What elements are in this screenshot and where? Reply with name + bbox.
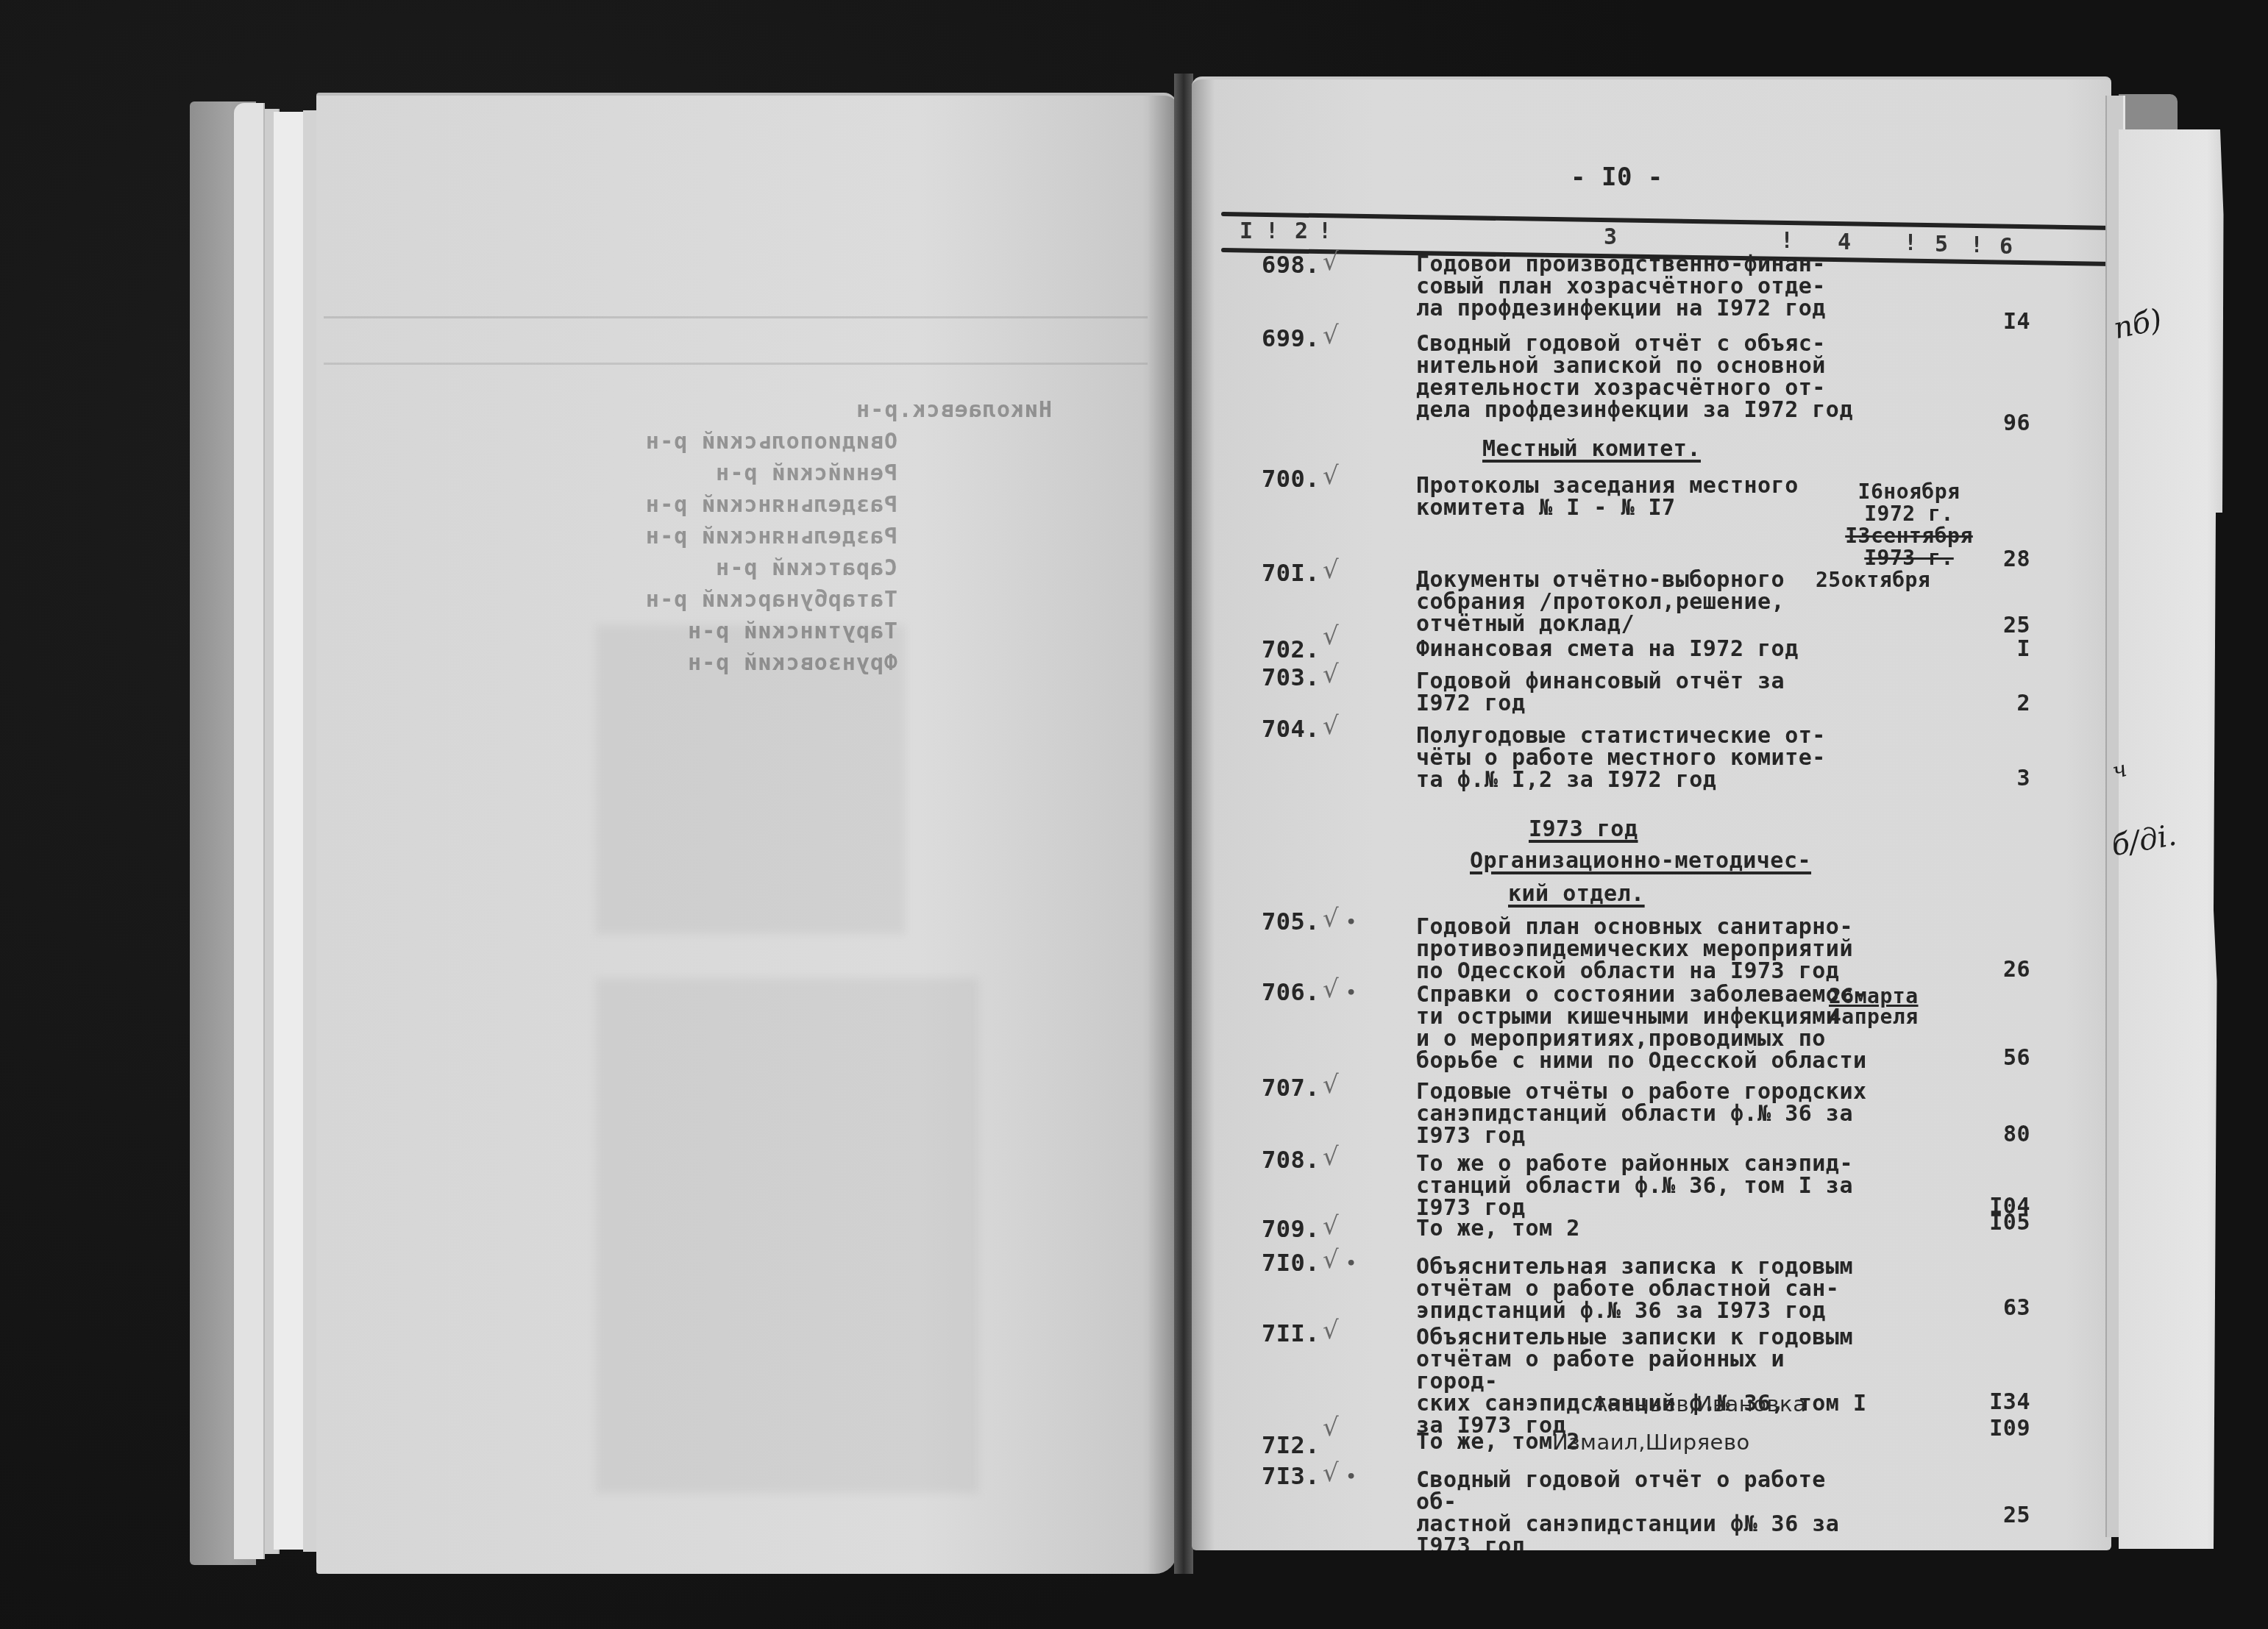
checkmark-icon: √ [1323,908,1339,930]
entry-sheet-count: 96 [1964,413,2030,435]
entry-number: 703. [1262,666,1320,688]
entry-date: 25октября [1816,569,1985,591]
bleed-item: Овидиопольский р-н [645,429,897,460]
column-separator: ! [1904,232,1918,254]
book-gutter [1174,74,1193,1574]
entry-title: Годовой производственно-финан- совый пла… [1416,254,1872,320]
entry-number: 7I2. [1262,1434,1320,1456]
handwritten-annotation: Ананьев,Ивановка [1593,1393,1806,1415]
bleed-through-smudge [596,978,978,1493]
checkmark-icon: √ [1323,978,1339,1000]
column-separator: ! [1970,235,1984,257]
entry-title: Годовой план основных санитарно- противо… [1416,916,1872,983]
entry-sheet-count: I05 [1964,1212,2030,1234]
checkmark-icon: √ [1323,663,1339,685]
entry-date-from: I6ноября I972 г. [1824,481,1994,525]
entry-number: 7II. [1262,1322,1320,1344]
entry-sheet-count: 63 [1964,1297,2030,1319]
column-header-1: I [1240,221,1254,243]
entry-number: 705. [1262,910,1320,933]
column-header-5: 5 [1935,234,1949,256]
entry-sheet-count: I4 [1964,311,2030,333]
entry-number: 700. [1262,468,1320,490]
column-header-4: 4 [1838,232,1852,254]
column-header-6: 6 [1999,236,2013,258]
entry-number: 707. [1262,1077,1320,1099]
column-separator: ! [1265,221,1279,243]
column-header-3: 3 [1604,227,1618,249]
bleed-item: Тарутинский р-н [645,619,897,650]
checkmark-icon: √ [1323,1146,1339,1168]
entry-number: 699. [1262,327,1320,349]
entry-number: 7I3. [1262,1465,1320,1487]
entry-sheet-count: 28 [1964,549,2030,571]
entry-sheet-count: 25 [1964,615,2030,637]
bleed-item: Фрунзовский р-н [645,650,897,682]
entry-sheet-count: I34 [1964,1391,2030,1414]
entry-sheet-count: 56 [1964,1047,2030,1069]
entry-title: То же, том 2 [1416,1218,1872,1240]
checkmark-icon: √ [1323,251,1339,273]
dot-mark: • [1346,912,1357,934]
entry-sheet-count: 26 [1964,959,2030,981]
column-separator: ! [1318,221,1332,243]
dot-mark: • [1346,1253,1357,1275]
entry-number: 702. [1262,638,1320,660]
entry-sheet-count: 25 [1964,1505,2030,1527]
section-heading-org-method: Организационно-методичес- [1470,850,1811,872]
section-heading-org-method-cont: кий отдел. [1508,883,1645,905]
checkmark-icon: √ [1323,1249,1339,1271]
entry-title: Годовые отчёты о работе городских санэпи… [1416,1081,1872,1147]
entry-title: Документы отчётно-выборного собрания /пр… [1416,569,1872,635]
checkmark-icon: √ [1323,1416,1339,1439]
entry-title: Полугодовые статистические от- чёты о ра… [1416,725,1872,791]
checkmark-icon: √ [1323,715,1339,737]
entry-date-to: 4апреля [1829,1006,1998,1028]
checkmark-icon: √ [1323,1074,1339,1096]
section-heading-local-committee: Местный комитет. [1482,438,1701,460]
checkmark-icon: √ [1323,1319,1339,1341]
entry-number: 70I. [1262,562,1320,584]
bleed-item: Саратский р-н [645,555,897,587]
bleed-item: Раздельнянский р-н [645,524,897,555]
right-page: - I0 - I ! 2 ! 3 ! 4 ! 5 ! 6 698. √ Годо… [1192,76,2111,1550]
checkmark-icon: √ [1323,1462,1339,1484]
page-edge [234,103,265,1559]
entry-title: Финансовая смета на I972 год [1416,638,1872,660]
entry-title: Справки о состоянии заболеваемос- ти ост… [1416,984,1872,1072]
year-heading: I973 год [1529,819,1638,841]
entry-title: Сводный годовой отчёт с объяс- нительной… [1416,333,1872,421]
bleed-item: Николаевск.р-н [645,397,1052,429]
dot-mark: • [1346,1466,1357,1489]
page-number: - I0 - [1571,166,1663,188]
checkmark-icon: √ [1323,324,1339,346]
entry-number: 7I0. [1262,1252,1320,1274]
page-edge [274,112,305,1550]
dot-mark: • [1346,983,1357,1005]
entry-number: 698. [1262,254,1320,276]
checkmark-icon: √ [1323,1215,1339,1237]
entry-sheet-count: I [1964,638,2030,660]
entry-sheet-count: 80 [1964,1124,2030,1146]
bleed-item: Раздельнянский р-н [645,492,897,524]
column-separator: ! [1780,230,1794,252]
checkmark-icon: √ [1323,465,1339,487]
header-rule-top [1221,212,2111,230]
left-page: Николаевск.р-н Овидиопольский р-н Ренийс… [316,93,1177,1574]
entry-sheet-count: I09 [1964,1418,2030,1440]
entry-title: То же о работе районных санэпид- станций… [1416,1153,1872,1219]
entry-number: 706. [1262,981,1320,1003]
entry-title: Сводный годовой отчёт о работе об- ластн… [1416,1469,1872,1550]
entry-title: Годовой финансовый отчёт за I972 год [1416,671,1872,715]
checkmark-icon: √ [1323,559,1339,581]
entry-number: 704. [1262,718,1320,740]
bleed-item: Ренийский р-н [645,460,897,492]
checkmark-icon: √ [1323,625,1339,647]
column-header-2: 2 [1295,221,1309,243]
handwritten-annotation: Измаил,Ширяево [1552,1431,1750,1453]
entry-title: Объяснительная записка к годовым отчётам… [1416,1256,1872,1322]
bleed-item: Татарбунарский р-н [645,587,897,619]
entry-number: 708. [1262,1149,1320,1171]
bleed-through-list: Николаевск.р-н Овидиопольский р-н Ренийс… [645,397,897,682]
entry-title: Протоколы заседания местного комитета № … [1416,475,1872,519]
bleed-through-table-rules [324,316,1148,365]
entry-title: Объяснительные записки к годовым отчётам… [1416,1327,1872,1437]
entry-sheet-count: 2 [1964,693,2030,715]
entry-sheet-count: 3 [1964,768,2030,790]
entry-number: 709. [1262,1218,1320,1240]
